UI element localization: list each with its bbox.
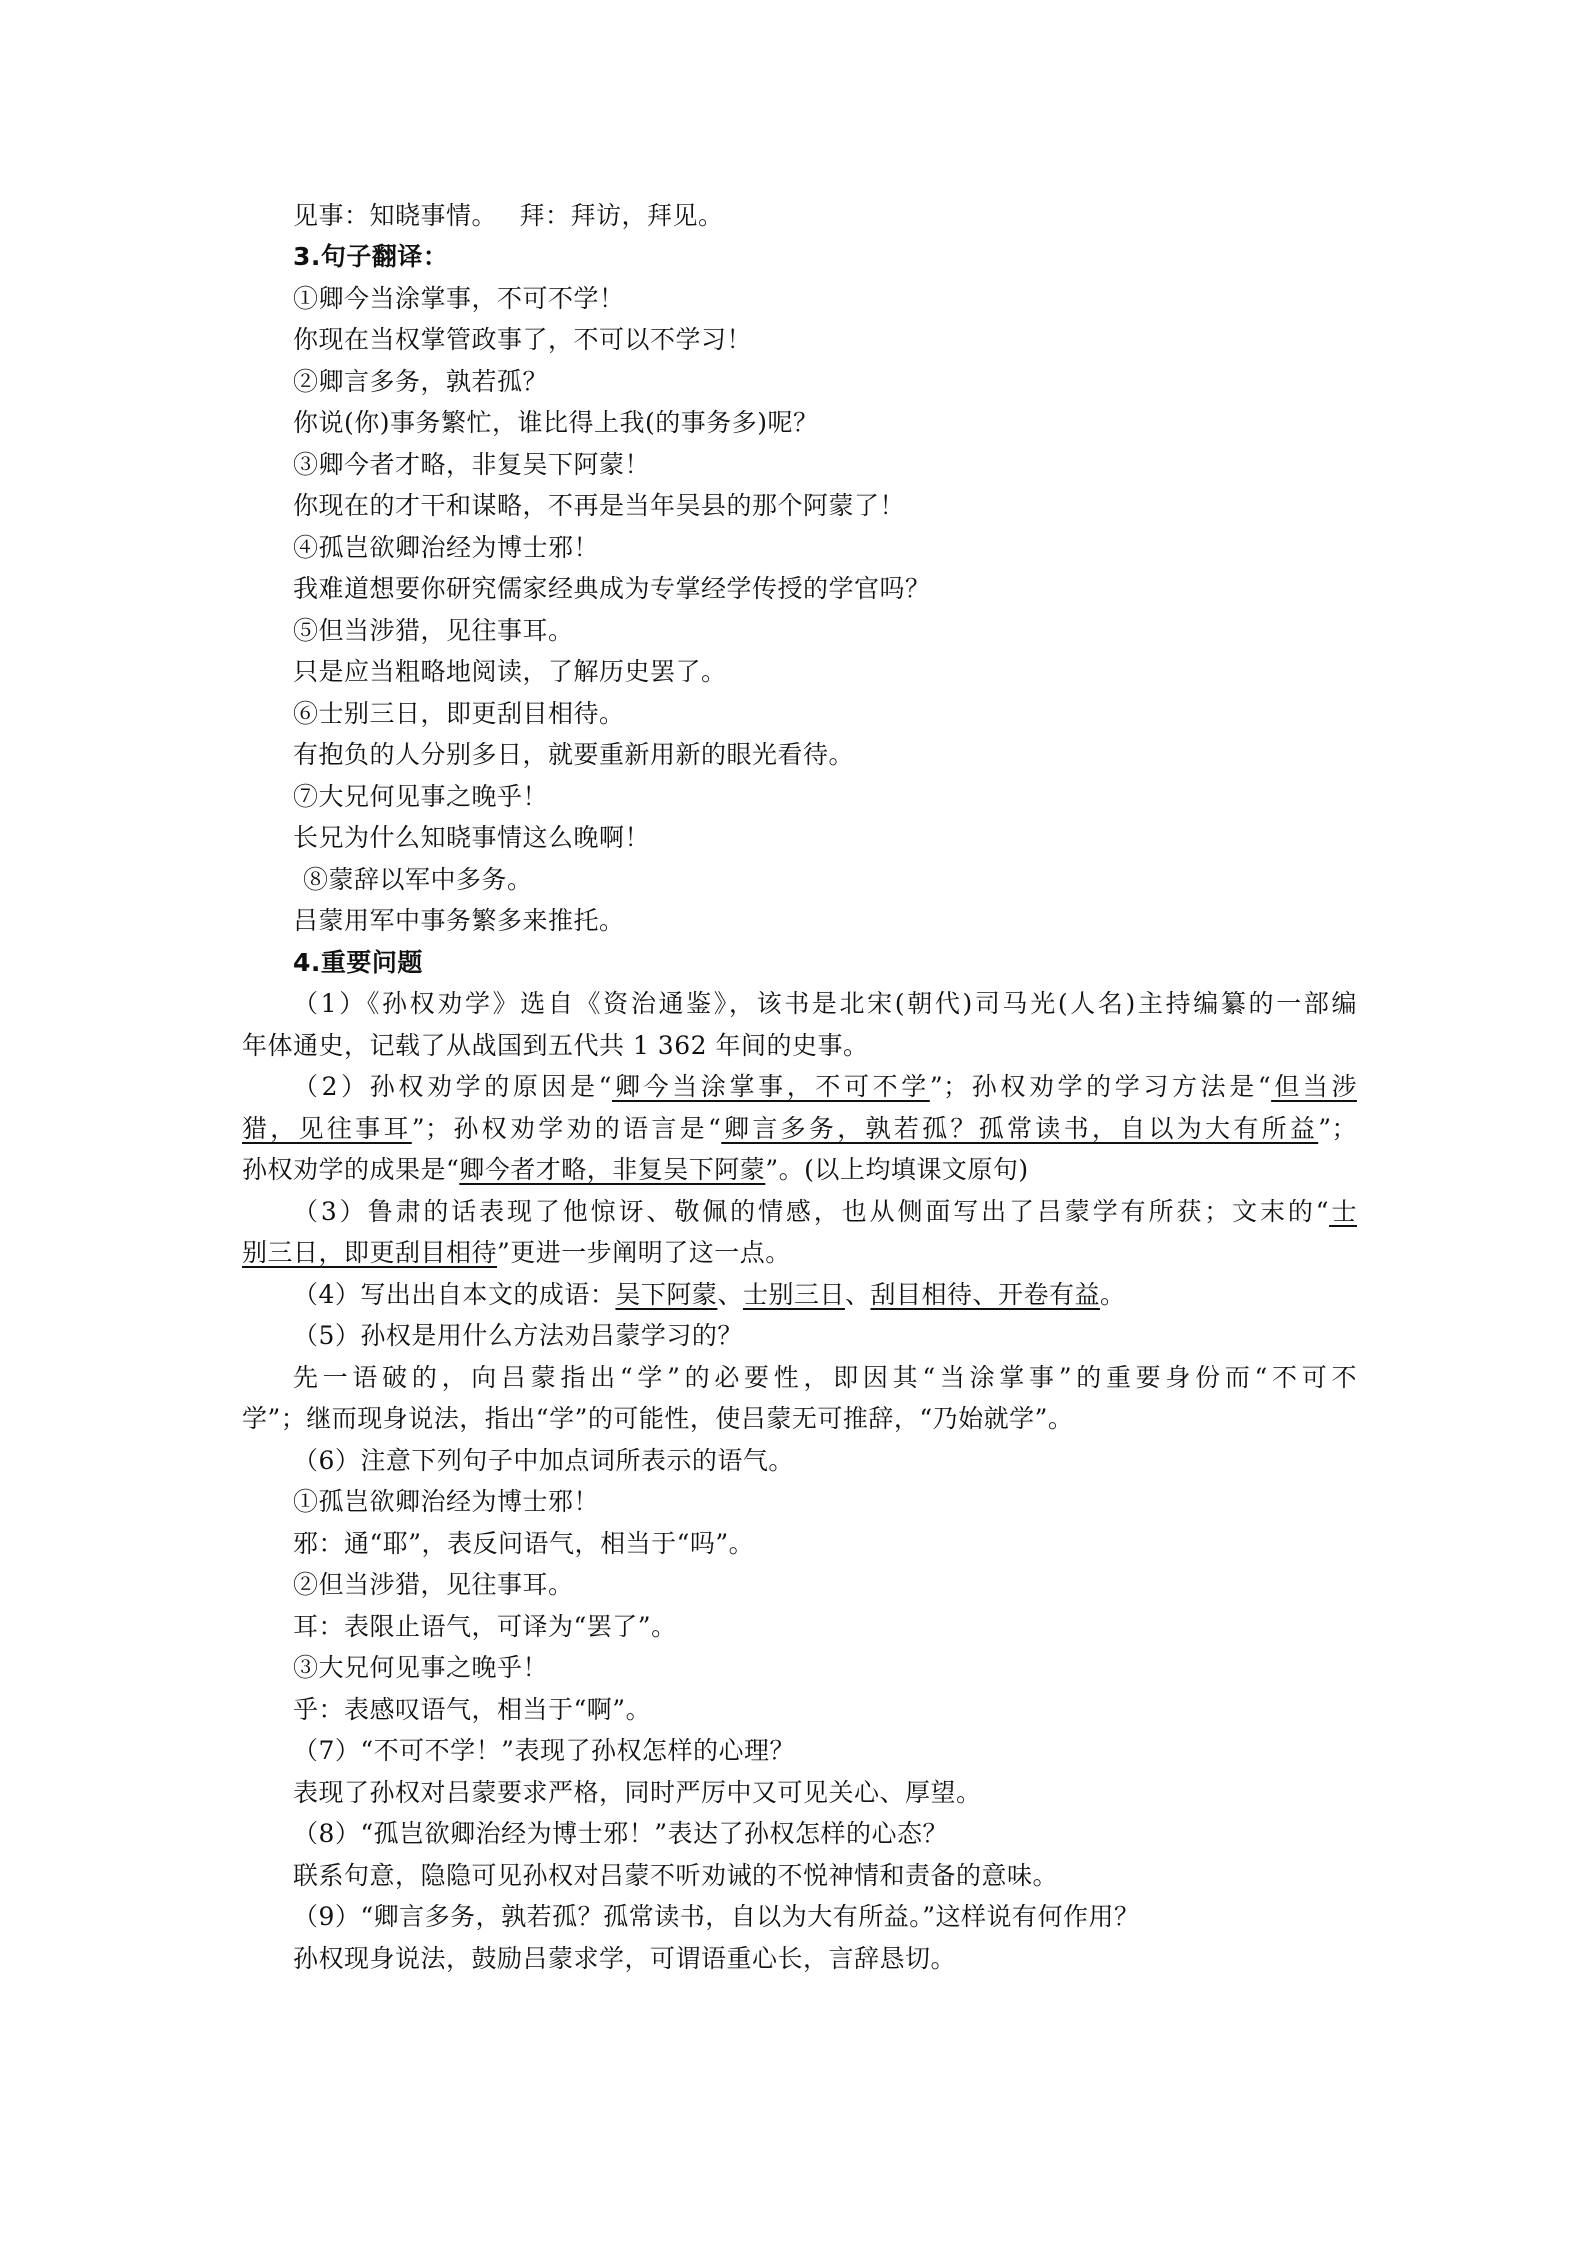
- sentence-7: ⑦大兄何见事之晚乎！: [293, 780, 548, 814]
- translation-4: 我难道想要你研究儒家经典成为专掌经学传授的学官吗？: [293, 572, 931, 606]
- q3-answer: 士: [1329, 1197, 1357, 1226]
- q4-line: （4）写出出自本文的成语：吴下阿蒙、士别三日、刮目相待、开卷有益。: [293, 1278, 1126, 1312]
- q2-answer-language: 卿言多务，孰若孤？孤常读书，自以为大有所益: [721, 1114, 1318, 1143]
- document-page: 见事：知晓事情。 拜：拜访，拜见。 3.句子翻译： ①卿今当涂掌事，不可不学！ …: [0, 0, 1587, 2245]
- q2-text: ”；孙权劝学的学习方法是“: [930, 1072, 1271, 1101]
- q2-line1: （2）孙权劝学的原因是“卿今当涂掌事，不可不学”；孙权劝学的学习方法是“但当涉: [293, 1070, 1357, 1104]
- q4-text: 。: [1100, 1280, 1126, 1309]
- translation-6: 有抱负的人分别多日，就要重新用新的眼光看待。: [293, 738, 854, 772]
- q8-answer: 联系句意，隐隐可见孙权对吕蒙不听劝诫的不悦神情和责备的意味。: [293, 1859, 1058, 1893]
- q6-question: （6）注意下列句子中加点词所表示的语气。: [293, 1444, 794, 1478]
- q2-text: ”。(以上均填课文原句): [765, 1155, 1028, 1184]
- separator: 、: [717, 1280, 743, 1309]
- q6-sentence-2: ②但当涉猎，见往事耳。: [293, 1568, 574, 1602]
- translation-7: 长兄为什么知晓事情这么晚啊！: [293, 821, 650, 855]
- q3-answer-cont: 别三日，即更刮目相待: [242, 1238, 497, 1267]
- sentence-1: ①卿今当涂掌事，不可不学！: [293, 282, 625, 316]
- translation-2: 你说(你)事务繁忙，谁比得上我(的事务多)呢？: [293, 406, 819, 440]
- separator: 、: [845, 1280, 871, 1309]
- q2-line2: 猎，见往事耳”；孙权劝学劝的语言是“卿言多务，孰若孤？孤常读书，自以为大有所益”…: [242, 1112, 1357, 1146]
- sentence-4: ④孤岂欲卿治经为博士邪！: [293, 531, 599, 565]
- sentence-2: ②卿言多务，孰若孤？: [293, 365, 548, 399]
- q6-sentence-3: ③大兄何见事之晚乎！: [293, 1651, 548, 1685]
- q8-question: （8）“孤岂欲卿治经为博士邪！”表达了孙权怎样的心态？: [293, 1817, 948, 1851]
- sentence-3: ③卿今者才略，非复吴下阿蒙！: [293, 448, 650, 482]
- q7-question: （7）“不可不学！”表现了孙权怎样的心理？: [293, 1734, 795, 1768]
- q2-line3: 孙权劝学的成果是“卿今者才略，非复吴下阿蒙”。(以上均填课文原句): [242, 1153, 1029, 1187]
- q9-question: （9）“卿言多务，孰若孤？孤常读书，自以为大有所益。”这样说有何作用？: [293, 1900, 1139, 1934]
- q7-answer: 表现了孙权对吕蒙要求严格，同时严厉中又可见关心、厚望。: [293, 1776, 982, 1810]
- q2-text: ”；: [1318, 1114, 1357, 1143]
- q3-line2: 别三日，即更刮目相待”更进一步阐明了这一点。: [242, 1236, 791, 1270]
- sentence-6: ⑥士别三日，即更刮目相待。: [293, 697, 625, 731]
- q3-text: ”更进一步阐明了这一点。: [497, 1238, 791, 1267]
- translation-1: 你现在当权掌管政事了，不可以不学习！: [293, 323, 752, 357]
- q2-answer-method-cont: 猎，见往事耳: [242, 1114, 412, 1143]
- q6-note-3: 乎：表感叹语气，相当于“啊”。: [293, 1693, 651, 1727]
- vocab-bai: 拜：拜访，拜见。: [519, 201, 723, 230]
- q5-question: （5）孙权是用什么方法劝吕蒙学习的？: [293, 1319, 743, 1353]
- q2-text: （2）孙权劝学的原因是“: [293, 1072, 612, 1101]
- q2-text: ”；孙权劝学劝的语言是“: [412, 1114, 722, 1143]
- vocab-jianshi: 见事：知晓事情。: [293, 201, 497, 230]
- q2-text: 孙权劝学的成果是“: [242, 1155, 459, 1184]
- q3-text: （3）鲁肃的话表现了他惊讶、敬佩的情感，也从侧面写出了吕蒙学有所获；文末的“: [293, 1197, 1329, 1226]
- q1-line1: （1）《孙权劝学》选自《资治通鉴》，该书是北宋(朝代)司马光(人名)主持编纂的一…: [293, 987, 1357, 1021]
- q9-answer: 孙权现身说法，鼓励吕蒙求学，可谓语重心长，言辞恳切。: [293, 1942, 956, 1976]
- q5-answer-line1: 先一语破的，向吕蒙指出“学”的必要性，即因其“当涂掌事”的重要身份而“不可不: [293, 1361, 1357, 1395]
- vocab-line: 见事：知晓事情。 拜：拜访，拜见。: [293, 199, 723, 233]
- section4-heading: 4.重要问题: [293, 946, 423, 980]
- q1-line2: 年体通史，记载了从战国到五代共 1 362 年间的史事。: [242, 1029, 868, 1063]
- q2-answer-method: 但当涉: [1271, 1072, 1357, 1101]
- idiom-2: 士别三日: [743, 1280, 845, 1309]
- q2-answer-result: 卿今者才略，非复吴下阿蒙: [459, 1155, 765, 1184]
- idiom-1: 吴下阿蒙: [615, 1280, 717, 1309]
- q6-note-1: 邪：通“耶”，表反问语气，相当于“吗”。: [293, 1527, 754, 1561]
- q4-text: （4）写出出自本文的成语：: [293, 1280, 615, 1309]
- q3-line1: （3）鲁肃的话表现了他惊讶、敬佩的情感，也从侧面写出了吕蒙学有所获；文末的“士: [293, 1195, 1357, 1229]
- q6-sentence-1: ①孤岂欲卿治经为博士邪！: [293, 1485, 599, 1519]
- translation-5: 只是应当粗略地阅读，了解历史罢了。: [293, 655, 727, 689]
- q5-answer-line2: 学”；继而现身说法，指出“学”的可能性，使吕蒙无可推辞，“乃始就学”。: [242, 1402, 1073, 1436]
- translation-3: 你现在的才干和谋略，不再是当年吴县的那个阿蒙了！: [293, 489, 905, 523]
- sentence-5: ⑤但当涉猎，见往事耳。: [293, 614, 574, 648]
- sentence-8: ⑧蒙辞以军中多务。: [303, 863, 533, 897]
- translation-8: 吕蒙用军中事务繁多来推托。: [293, 904, 625, 938]
- idiom-3-4: 刮目相待、开卷有益: [870, 1280, 1100, 1309]
- q6-note-2: 耳：表限止语气，可译为“罢了”。: [293, 1610, 677, 1644]
- section3-heading: 3.句子翻译：: [293, 240, 448, 274]
- q2-answer-reason: 卿今当涂掌事，不可不学: [612, 1072, 930, 1101]
